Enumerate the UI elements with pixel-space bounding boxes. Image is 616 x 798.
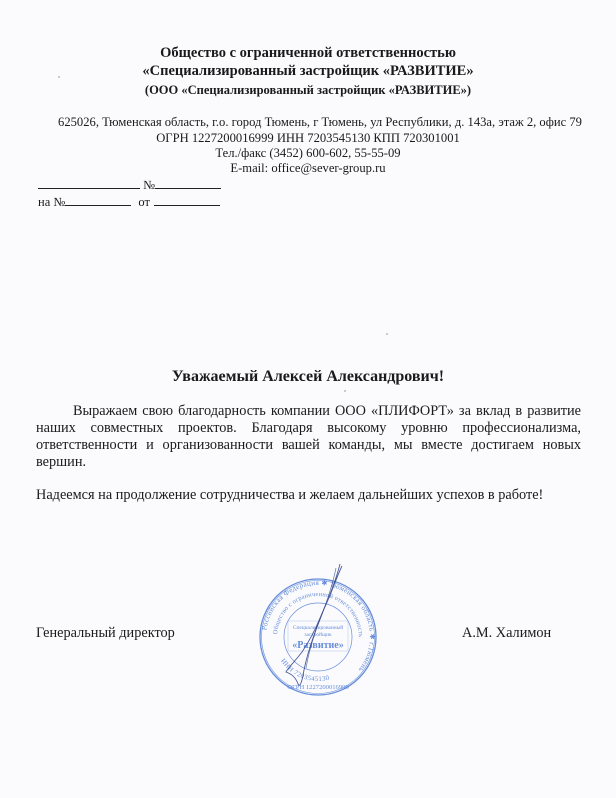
org-registration: ОГРН 1227200016999 ИНН 7203545130 КПП 72…: [0, 131, 616, 146]
letter-greeting: Уважаемый Алексей Александрович!: [0, 368, 616, 386]
org-phone: Тел./факс (3452) 600-602, 55-55-09: [0, 146, 616, 161]
scan-speck: [386, 333, 388, 335]
reply-to-number-blank: [65, 193, 131, 206]
org-full-name-line2: «Специализированный застройщик «РАЗВИТИЕ…: [0, 63, 616, 80]
reply-to-row: на № от: [38, 193, 220, 210]
scan-speck: [344, 390, 346, 392]
number-label: №: [143, 178, 155, 192]
reply-to-label: на №: [38, 195, 65, 209]
letter-paragraph-1: Выражаем свою благодарность компании ООО…: [36, 403, 581, 471]
outgoing-number-row: №: [38, 176, 221, 193]
letter-paragraph-2: Надеемся на продолжение сотрудничества и…: [36, 487, 581, 504]
outgoing-number-blank: [155, 176, 221, 189]
org-full-name-line1: Общество с ограниченной ответственностью: [0, 45, 616, 62]
org-short-name: (ООО «Специализированный застройщик «РАЗ…: [0, 83, 616, 98]
letter-page: Общество с ограниченной ответственностью…: [0, 0, 616, 798]
signatory-title: Генеральный директор: [36, 625, 175, 642]
date-label: от: [138, 195, 150, 209]
signatory-name: А.М. Халимон: [462, 625, 551, 642]
reply-to-date-blank: [154, 193, 220, 206]
scan-speck: [58, 76, 60, 78]
handwritten-signature-icon: [258, 560, 378, 700]
org-email: E-mail: office@sever-group.ru: [0, 161, 616, 176]
outgoing-date-blank: [38, 176, 140, 189]
org-address: 625026, Тюменская область, г.о. город Тю…: [12, 115, 616, 130]
